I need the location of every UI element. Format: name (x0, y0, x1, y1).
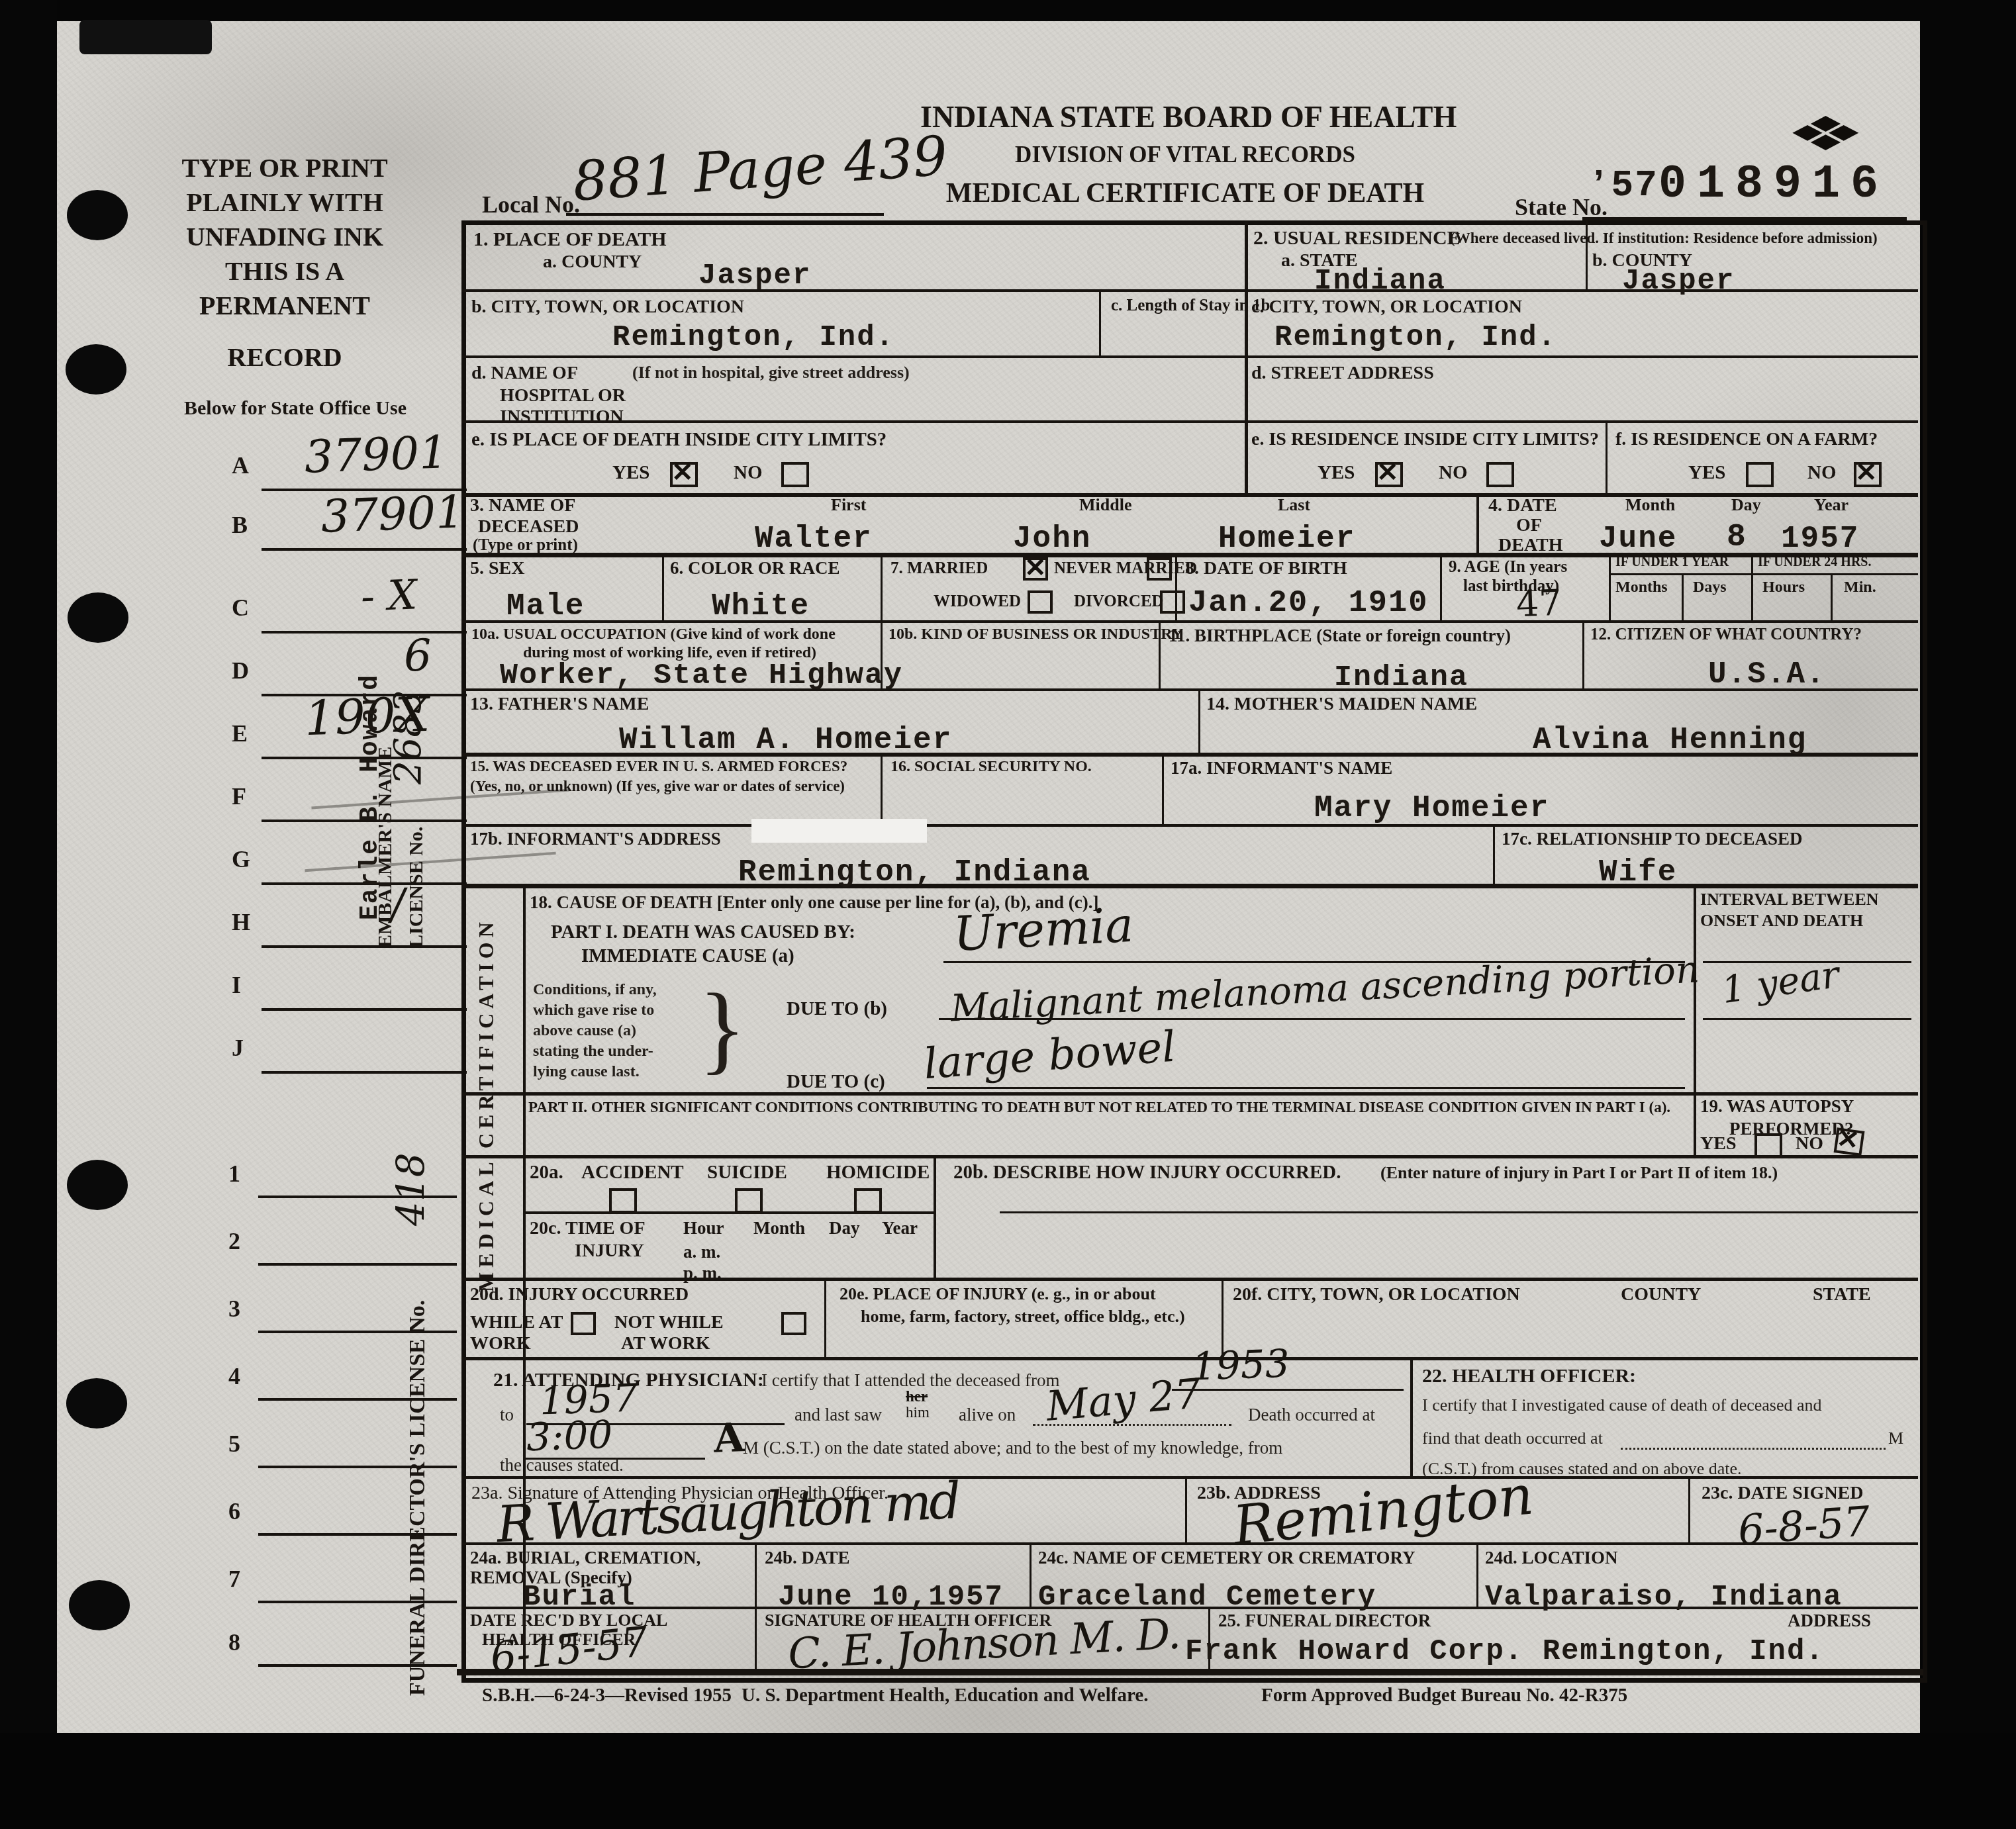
field-1a-label: a. COUNTY (543, 252, 642, 273)
checkbox-19-no: ✕ (1834, 1127, 1865, 1156)
check-mark: ✕ (1855, 457, 1878, 488)
field-21-text6: the causes stated. (500, 1455, 624, 1476)
field-4-day-header: Day (1731, 495, 1761, 515)
county-header: COUNTY (1621, 1284, 1701, 1305)
divider (1831, 573, 1833, 620)
field-1c-label: c. Length of Stay in 1b (1111, 297, 1270, 315)
at-work-label: AT WORK (621, 1333, 710, 1354)
field-24a-value: Burial (523, 1581, 636, 1614)
margin-notice: TYPE OR PRINT PLAINLY WITH UNFADING INK … (166, 151, 404, 375)
field-17c-label: 17c. RELATIONSHIP TO DECEASED (1502, 829, 1803, 849)
row-number: 2 (228, 1227, 240, 1255)
rule (1621, 1447, 1886, 1450)
divider (881, 753, 883, 824)
row-number: 1 (228, 1160, 240, 1188)
field-4-label3: DEATH (1498, 535, 1563, 556)
field-24b-label: 24b. DATE (765, 1548, 850, 1568)
rule (1033, 1423, 1231, 1426)
checkbox-2e-no (1486, 462, 1514, 487)
field-9-days-header: Days (1693, 579, 1727, 596)
field-17b-value: Remington, Indiana (738, 855, 1091, 890)
rule (1000, 1211, 1918, 1213)
field-21-text3: alive on (959, 1405, 1016, 1425)
attended-from-value: 1953 (1191, 1340, 1290, 1389)
field-14-value: Alvina Henning (1533, 723, 1807, 757)
field-21-text5: M (C.S.T.) on the date stated above; and… (743, 1438, 1282, 1458)
him-label: him (906, 1405, 930, 1421)
notice-line: PERMANENT (166, 289, 404, 323)
field-22-m-label: M (1888, 1429, 1903, 1448)
notice-line: TYPE OR PRINT (166, 151, 404, 185)
field-19-label1: 19. WAS AUTOPSY (1700, 1096, 1854, 1117)
divider (1694, 884, 1696, 1155)
footer-form-number: S.B.H.—6-24-3—Revised 1955 (482, 1685, 732, 1707)
divider (1493, 824, 1495, 884)
field-1a-value: Jasper (698, 259, 811, 293)
state-office-use-label: Below for State Office Use (184, 397, 407, 420)
rule (1172, 1389, 1404, 1391)
row-letter: A (232, 451, 249, 479)
scan-white-patch (751, 819, 927, 843)
conditions-note-4: stating the under- (533, 1043, 653, 1060)
field-3-middle-value: John (1013, 522, 1091, 556)
field-8-value: Jan.20, 1910 (1188, 586, 1428, 621)
due-to-c-label: DUE TO (c) (787, 1071, 885, 1093)
divider (1162, 753, 1164, 824)
cause-a-value: Uremia (952, 897, 1135, 962)
row-number: 8 (228, 1628, 240, 1656)
am-label: a. m. (683, 1242, 720, 1262)
funeral-director-license-label: FUNERAL DIRECTOR'S LICENSE No. (405, 1300, 430, 1696)
field-25-label: 25. FUNERAL DIRECTOR (1218, 1611, 1431, 1631)
divider (1476, 493, 1479, 553)
checkbox-accident (609, 1188, 637, 1213)
field-4-year-value: 1957 (1781, 522, 1859, 556)
division-title: DIVISION OF VITAL RECORDS (920, 142, 1450, 168)
homicide-label: HOMICIDE (826, 1162, 930, 1184)
conditions-note-2: which gave rise to (533, 1002, 654, 1019)
rule-heavy (457, 1669, 1923, 1675)
field-4-month-header: Month (1625, 495, 1675, 515)
part1-label: PART I. DEATH WAS CAUSED BY: (551, 921, 855, 943)
row-value: 37901 (320, 486, 465, 543)
divider (1688, 1476, 1690, 1542)
interval-label-1: INTERVAL BETWEEN (1700, 890, 1879, 910)
field-3-label: 3. NAME OF (470, 495, 575, 516)
divider (755, 1607, 757, 1669)
punch-hole (68, 592, 128, 643)
state-header: STATE (1813, 1284, 1871, 1305)
checkbox-suicide (735, 1188, 763, 1213)
field-1b-label: b. CITY, TOWN, OR LOCATION (471, 297, 744, 318)
field-3-first-value: Walter (755, 522, 873, 556)
rule (461, 1092, 1918, 1096)
field-17b-label: 17b. INFORMANT'S ADDRESS (470, 829, 721, 849)
hour-header: Hour (683, 1218, 724, 1239)
field-10b-label: 10b. KIND OF BUSINESS OR INDUSTRY (888, 626, 1183, 643)
field-1e-yes-label: YES (612, 462, 649, 484)
notice-line: UNFADING INK (166, 220, 404, 254)
field-1d-label2: HOSPITAL OR (500, 385, 626, 406)
field-11-label: 11. BIRTHPLACE (State or foreign country… (1169, 626, 1511, 646)
field-3-label2: DECEASED (478, 516, 579, 538)
death-time-value: 3:00 (526, 1412, 614, 1460)
divider (1410, 1357, 1413, 1476)
to-label: to (500, 1405, 514, 1425)
funeral-director-license-value: 418 (388, 1152, 433, 1226)
row-letter: G (232, 845, 250, 873)
field-2e-label: e. IS RESIDENCE INSIDE CITY LIMITS? (1251, 429, 1599, 450)
field-22-text1: I certify that I investigated cause of d… (1422, 1395, 1822, 1415)
conditions-note-3: above cause (a) (533, 1022, 636, 1040)
state-no-value: 018916 (1658, 159, 1889, 211)
field-4-day-value: 8 (1727, 520, 1747, 555)
field-25-value: Frank Howard Corp. Remington, Ind. (1185, 1635, 1825, 1668)
field-5-label: 5. SEX (470, 558, 524, 579)
rule (461, 493, 1918, 497)
part2-label: PART II. OTHER SIGNIFICANT CONDITIONS CO… (528, 1099, 1670, 1116)
divider (1606, 420, 1608, 493)
row-letter: F (232, 782, 246, 810)
divider (1245, 220, 1248, 493)
field-2e-no-label: NO (1439, 462, 1468, 484)
field-9-value: 47 (1515, 582, 1562, 625)
field-21-text4: Death occurred at (1248, 1405, 1375, 1425)
rule (461, 884, 1918, 888)
field-12-value: U.S.A. (1708, 657, 1826, 692)
divider (1198, 688, 1200, 753)
field-9-under24-label: IF UNDER 24 HRS. (1758, 555, 1872, 570)
field-2a-value: Indiana (1314, 265, 1446, 298)
divider (1030, 1542, 1032, 1607)
row-letter: D (232, 657, 249, 684)
row-number: 5 (228, 1430, 240, 1458)
field-2e-yes-label: YES (1318, 462, 1355, 484)
rule (461, 1357, 1918, 1360)
field-8-label: 8. DATE OF BIRTH (1185, 558, 1347, 579)
checkbox-7-divorced (1160, 590, 1185, 614)
row-letter: B (232, 511, 248, 539)
field-17a-label: 17a. INFORMANT'S NAME (1171, 758, 1392, 778)
rule (262, 1071, 467, 1074)
check-mark: ✕ (1376, 457, 1399, 488)
divider (1751, 553, 1753, 620)
row-number: 3 (228, 1295, 240, 1323)
checkbox-7-widowed (1028, 590, 1053, 614)
row-value: 6 (403, 630, 433, 681)
field-24d-value: Valparaiso, Indiana (1485, 1581, 1843, 1614)
seal-ornament-icon: ❖ (1785, 106, 1866, 162)
rule (461, 355, 1918, 358)
rule (262, 548, 467, 551)
field-19-yes-label: YES (1700, 1133, 1736, 1154)
field-10a-label: 10a. USUAL OCCUPATION (Give kind of work… (471, 626, 836, 643)
checkbox-2f-yes (1746, 462, 1774, 487)
field-3-first-header: First (831, 495, 866, 515)
field-9-under1yr-label: IF UNDER 1 YEAR (1615, 555, 1729, 570)
field-9-months-header: Months (1615, 579, 1668, 596)
her-him-stack: her him (906, 1389, 930, 1421)
field-24b-value: June 10,1957 (778, 1581, 1004, 1614)
field-3-label3: (Type or print) (473, 536, 578, 555)
field-5-value: Male (506, 589, 585, 624)
divider (1099, 289, 1101, 355)
field-19-label2: PERFORMED? (1729, 1119, 1853, 1139)
row-letter: E (232, 720, 248, 747)
notice-line: PLAINLY WITH (166, 185, 404, 220)
punch-hole (67, 190, 128, 240)
field-24d-label: 24d. LOCATION (1485, 1548, 1618, 1568)
field-7-widowed-label: WIDOWED (934, 592, 1021, 611)
year-header: Year (882, 1218, 918, 1239)
footer-department: U. S. Department Health, Education and W… (742, 1685, 1148, 1707)
checkbox-2f-no: ✕ (1854, 462, 1882, 487)
field-2b-value: Jasper (1622, 265, 1735, 298)
rule (461, 1155, 1918, 1158)
field-7-married-label: 7. MARRIED (890, 559, 988, 578)
field-11-value: Indiana (1334, 661, 1468, 694)
rule (1703, 1018, 1911, 1020)
while-at-label: WHILE AT (470, 1312, 563, 1333)
row-value: 37901 (304, 426, 449, 484)
conditions-note-5: lying cause last. (533, 1063, 640, 1081)
punch-hole (67, 1160, 128, 1210)
am-hand-value: A (713, 1415, 745, 1462)
notice-line: RECORD (166, 340, 404, 375)
notice-line: THIS IS A (166, 254, 404, 289)
rule (461, 420, 1918, 423)
row-letter: C (232, 594, 249, 622)
field-20e-label2: home, farm, factory, street, office bldg… (861, 1307, 1185, 1327)
work-label: WORK (470, 1333, 531, 1354)
field-3-last-header: Last (1278, 495, 1310, 515)
scan-smudge (79, 20, 212, 54)
field-20e-label1: 20e. PLACE OF INJURY (e. g., in or about (840, 1284, 1156, 1304)
checkbox-7-never-married (1147, 557, 1172, 581)
field-2f-no-label: NO (1807, 462, 1837, 484)
state-no-prefix: ʼ57 (1588, 164, 1658, 207)
field-3-last-value: Homeier (1218, 522, 1355, 556)
scanned-death-certificate: TYPE OR PRINT PLAINLY WITH UNFADING INK … (0, 0, 2016, 1829)
divider (934, 1155, 936, 1278)
interval-label-2: ONSET AND DEATH (1700, 911, 1863, 931)
local-no-label: Local No. (482, 191, 580, 218)
checkbox-1e-no (781, 462, 809, 487)
day-header: Day (829, 1218, 860, 1239)
scan-edge-left (0, 0, 57, 1829)
rule (1609, 573, 1918, 575)
field-2f-yes-label: YES (1688, 462, 1725, 484)
field-12-label: 12. CITIZEN OF WHAT COUNTRY? (1590, 626, 1862, 644)
field-1d-label: d. NAME OF (471, 363, 578, 384)
field-20b-label: 20b. DESCRIBE HOW INJURY OCCURRED. (953, 1162, 1341, 1184)
checkbox-while-at-work (571, 1312, 596, 1335)
row-number: 7 (228, 1565, 240, 1593)
field-20f-label: 20f. CITY, TOWN, OR LOCATION (1233, 1284, 1520, 1305)
punch-hole (69, 1580, 130, 1630)
divider (1609, 553, 1611, 620)
checkbox-homicide (854, 1188, 882, 1213)
due-to-b-label: DUE TO (b) (787, 998, 887, 1020)
field-20c-label2: INJURY (575, 1241, 644, 1262)
field-24c-label: 24c. NAME OF CEMETERY OR CREMATORY (1038, 1548, 1416, 1568)
scan-edge-right (1920, 0, 2016, 1829)
field-20d-label: 20d. INJURY OCCURRED (470, 1284, 689, 1305)
row-number: 6 (228, 1497, 240, 1525)
rule (262, 1008, 467, 1011)
field-15-label: 15. WAS DECEASED EVER IN U. S. ARMED FOR… (470, 758, 847, 775)
field-2d-label: d. STREET ADDRESS (1251, 363, 1434, 384)
immediate-cause-label: IMMEDIATE CAUSE (a) (581, 945, 794, 967)
agency-title: INDIANA STATE BOARD OF HEALTH (920, 99, 1450, 134)
field-2-label: 2. USUAL RESIDENCE (1253, 227, 1461, 250)
field-4-label: 4. DATE (1488, 495, 1557, 516)
divider (881, 553, 883, 620)
not-while-label: NOT WHILE (614, 1312, 724, 1333)
brace: } (698, 972, 746, 1086)
field-6-value: White (712, 589, 810, 624)
field-6-label: 6. COLOR OR RACE (670, 558, 840, 579)
field-24a-label1: 24a. BURIAL, CREMATION, (470, 1548, 700, 1568)
field-22-text2: find that death occurred at (1422, 1429, 1603, 1448)
field-4-label2: OF (1516, 515, 1542, 536)
field-21-text2: and last saw (794, 1405, 882, 1425)
rule (461, 1278, 1918, 1281)
footer-budget-bureau: Form Approved Budget Bureau No. 42-R375 (1261, 1685, 1627, 1707)
checkbox-19-yes (1754, 1133, 1782, 1158)
rule (258, 1263, 457, 1266)
suicide-label: SUICIDE (707, 1162, 787, 1184)
field-17a-value: Mary Homeier (1314, 791, 1549, 825)
license-no-label: LICENSE No. (405, 827, 428, 948)
accident-label: ACCIDENT (581, 1162, 684, 1184)
punch-hole (66, 344, 126, 395)
month-header: Month (753, 1218, 805, 1239)
field-1e-no-label: NO (734, 462, 763, 484)
scan-edge-top (0, 0, 2016, 21)
divider (1476, 1542, 1478, 1607)
field-1-label: 1. PLACE OF DEATH (473, 228, 667, 251)
punch-hole (66, 1378, 127, 1429)
scan-edge-bottom (0, 1733, 2016, 1829)
row-letter: I (232, 971, 241, 999)
row-value: - X (360, 571, 418, 621)
divider (1440, 553, 1442, 620)
field-16-label: 16. SOCIAL SECURITY NO. (890, 758, 1092, 776)
field-7-divorced-label: DIVORCED (1074, 592, 1164, 611)
field-20a-label: 20a. (530, 1162, 563, 1184)
address-header: ADDRESS (1788, 1611, 1871, 1631)
field-14-label: 14. MOTHER'S MAIDEN NAME (1206, 694, 1477, 715)
field-19-no-label: NO (1796, 1133, 1823, 1154)
field-23c-value: 6-8-57 (1737, 1497, 1872, 1554)
field-1b-value: Remington, Ind. (612, 321, 894, 354)
certificate-title: MEDICAL CERTIFICATE OF DEATH (920, 177, 1450, 209)
field-1d-note: (If not in hospital, give street address… (632, 363, 910, 383)
field-9-min-header: Min. (1844, 579, 1876, 596)
her-struck: her (906, 1389, 930, 1405)
field-22-title: 22. HEALTH OFFICER: (1422, 1365, 1636, 1387)
license-no-value: 2683 (387, 690, 430, 784)
checkbox-2e-yes: ✕ (1375, 462, 1403, 487)
field-24c-value: Graceland Cemetery (1038, 1581, 1376, 1614)
field-2f-label: f. IS RESIDENCE ON A FARM? (1615, 429, 1878, 450)
field-2-note: (Where deceased lived. If institution: R… (1450, 230, 1878, 247)
field-1d-label3: INSTITUTION (500, 406, 624, 428)
divider (824, 1278, 826, 1357)
divider (662, 553, 664, 620)
divider (1682, 573, 1684, 620)
row-number: 4 (228, 1362, 240, 1390)
rule (262, 945, 467, 948)
field-4-year-header: Year (1814, 495, 1848, 515)
conditions-note-1: Conditions, if any, (533, 981, 657, 999)
divider (755, 1542, 757, 1607)
rule (262, 631, 467, 633)
field-15-label2: (Yes, no, or unknown) (If yes, give war … (470, 778, 845, 795)
check-mark: ✕ (671, 457, 694, 488)
checkbox-7-married: ✕ (1023, 557, 1048, 581)
field-20b-note: (Enter nature of injury in Part I or Par… (1380, 1163, 1778, 1183)
checkbox-not-while-at-work (781, 1312, 806, 1335)
field-13-label: 13. FATHER'S NAME (470, 694, 649, 715)
check-mark: ✕ (1024, 552, 1047, 583)
rule (566, 213, 884, 216)
field-7-never-label: NEVER MARRIED (1054, 559, 1197, 578)
field-17c-value: Wife (1599, 855, 1677, 890)
field-4-month-value: June (1599, 522, 1677, 556)
check-mark: ✕ (1835, 1123, 1861, 1156)
row-letter: J (232, 1034, 244, 1062)
checkbox-1e-yes: ✕ (670, 462, 698, 487)
rule (927, 1087, 1685, 1089)
rule (939, 1018, 1685, 1020)
row-letter: H (232, 908, 250, 936)
pm-label: p. m. (683, 1263, 722, 1284)
field-9-label: 9. AGE (In years (1449, 558, 1567, 577)
divider (1582, 620, 1584, 688)
field-20c-label1: 20c. TIME OF (530, 1218, 645, 1239)
field-2c-label: c. CITY, TOWN, OR LOCATION (1251, 297, 1522, 318)
field-10a-value: Worker, State Highway (500, 659, 903, 692)
field-3-middle-header: Middle (1079, 495, 1131, 515)
field-9-hours-header: Hours (1762, 579, 1805, 596)
field-1e-label: e. IS PLACE OF DEATH INSIDE CITY LIMITS? (471, 429, 887, 451)
field-2c-value: Remington, Ind. (1274, 321, 1557, 354)
rule (461, 824, 1918, 827)
divider (1185, 1476, 1187, 1542)
field-13-value: Willam A. Homeier (619, 723, 952, 757)
